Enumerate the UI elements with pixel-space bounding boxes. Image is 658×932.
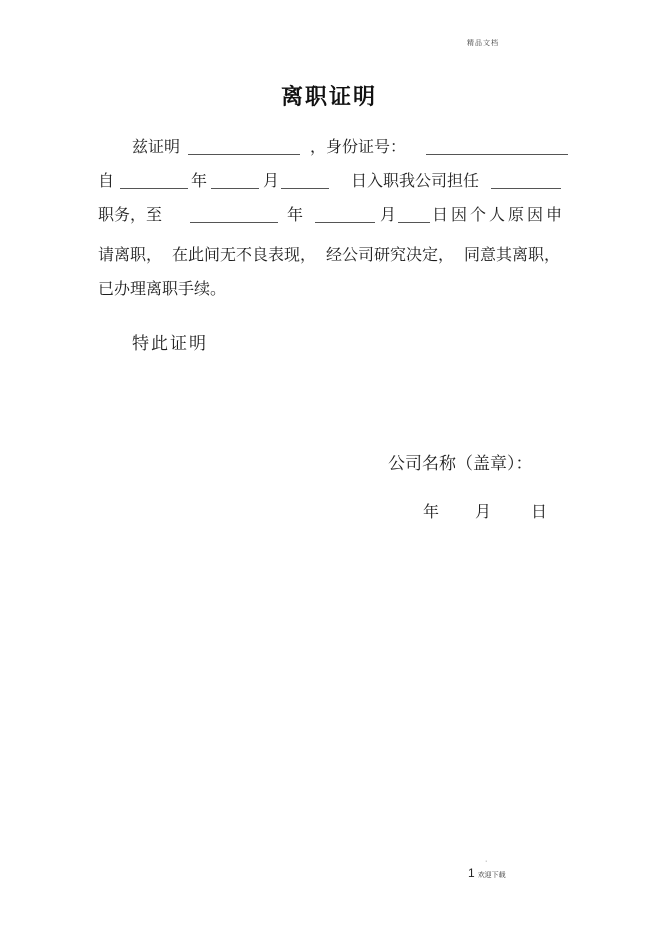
text-start-month-label: 月 [263, 173, 279, 190]
text-certify: 兹证明 [132, 139, 180, 156]
text-company-decision: 经公司研究决定， [326, 239, 454, 273]
closing-statement: 特此证明 [132, 329, 208, 354]
blank-employee-name [188, 140, 300, 155]
blank-start-day [281, 174, 329, 189]
watermark-top: 精品文档 [467, 38, 499, 48]
text-good-record: 在此间无不良表现， [172, 239, 316, 273]
text-from: 自 [98, 173, 114, 190]
date-day-label: 日 [531, 504, 547, 521]
date-month-label: 月 [475, 504, 491, 521]
body-line-2: 自年月日入职我公司担任 [98, 165, 560, 199]
text-agree-resign: 同意其离职， [464, 239, 560, 273]
blank-end-day [398, 208, 430, 223]
body-line-5: 已办理离职手续。 [98, 273, 560, 307]
blank-end-year [190, 208, 278, 223]
blank-start-month [211, 174, 259, 189]
footer-note: 欢迎下载 [478, 872, 506, 879]
document-page: 精品文档 离职证明 兹证明，身份证号： 自年月日入职我公司担任 职务，至年月日因… [0, 0, 658, 932]
text-resign-request: 请离职， [98, 239, 162, 273]
text-end-year-label: 年 [287, 207, 303, 224]
text-personal-reason: 日因个人原因申 [432, 207, 565, 224]
body-line-4: 请离职， 在此间无不良表现， 经公司研究决定， 同意其离职， [98, 239, 560, 273]
page-footer: ·1欢迎下载 [468, 864, 506, 882]
blank-end-month [315, 208, 375, 223]
text-joined-company: 日入职我公司担任 [351, 173, 479, 190]
blank-id-number [426, 140, 568, 155]
blank-position [491, 174, 561, 189]
blank-start-year [120, 174, 188, 189]
signature-date-line: 年月日 [423, 499, 547, 522]
document-title: 离职证明 [0, 80, 658, 111]
body-line-1: 兹证明，身份证号： [98, 131, 560, 165]
text-start-year-label: 年 [191, 173, 207, 190]
text-position-until: 职务，至 [98, 207, 162, 224]
text-end-month-label: 月 [380, 207, 396, 224]
company-name-label: 公司名称（盖章）： [388, 449, 533, 474]
page-number: 1 [468, 866, 475, 880]
document-body: 兹证明，身份证号： 自年月日入职我公司担任 职务，至年月日因个人原因申 请离职，… [98, 131, 560, 307]
date-year-label: 年 [423, 504, 439, 521]
stray-mark: · [485, 858, 487, 865]
body-line-3: 职务，至年月日因个人原因申 [98, 199, 560, 233]
text-id-label: ，身份证号： [310, 139, 406, 156]
text-procedures-done: 已办理离职手续。 [98, 281, 226, 298]
